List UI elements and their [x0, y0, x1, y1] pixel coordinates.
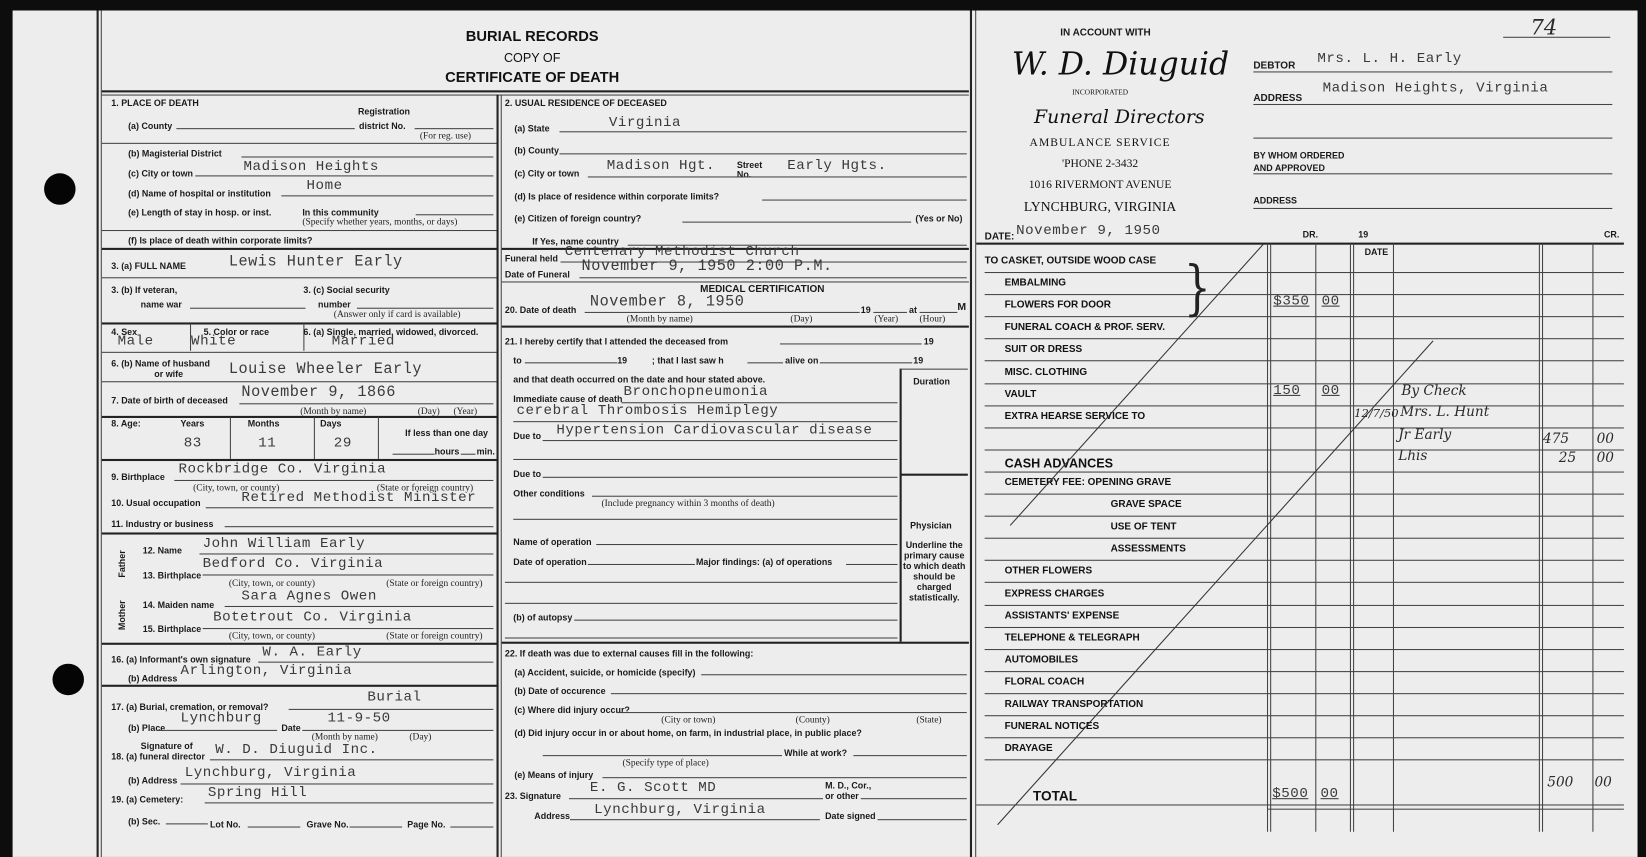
due-to-label: Due to	[513, 431, 541, 442]
debtor-address-value: Madison Heights, Virginia	[1323, 81, 1549, 97]
death-year-note: (Year)	[874, 313, 898, 324]
immediate-cause-value: Bronchopneumonia	[624, 384, 768, 400]
birthplace-label: 9. Birthplace	[111, 472, 165, 483]
ledger-item-label: CEMETERY FEE: OPENING GRAVE	[1005, 477, 1172, 489]
director-value: W. D. Diuguid Inc.	[215, 742, 378, 758]
ordered-address-label: ADDRESS	[1253, 195, 1297, 206]
ledger-item-label: ASSISTANTS' EXPENSE	[1005, 610, 1120, 622]
father-side-label: Father	[117, 550, 127, 577]
birthplace-value: Rockbridge Co. Virginia	[178, 462, 386, 478]
death-city-value: Madison Heights	[244, 160, 379, 176]
mother-state-note: (State or foreign country)	[386, 630, 482, 641]
sex-value: Male	[118, 334, 154, 350]
dob-year-note: (Year)	[453, 405, 477, 416]
informant-value: W. A. Early	[262, 645, 361, 661]
funeral-held-label: Funeral held	[505, 253, 558, 264]
mother-name-value: Sara Agnes Owen	[241, 589, 376, 605]
father-name-label: 12. Name	[143, 545, 182, 556]
hospital-label: (d) Name of hospital or institution	[128, 188, 271, 199]
state-label: (a) State	[514, 123, 549, 134]
page-label: Page No.	[407, 819, 445, 830]
immediate-cause-value-2: cerebral Thrombosis Hemiplegy	[516, 403, 778, 419]
injury-place-label: (d) Did injury occur in or about home, o…	[514, 728, 862, 739]
director-address-label: (b) Address	[128, 775, 177, 786]
ledger-item-label: EXTRA HEARSE SERVICE TO	[1005, 410, 1146, 422]
total-cents: 00	[1321, 787, 1339, 803]
ledger-item-cents: 00	[1322, 294, 1340, 310]
informant-address-value: Arlington, Virginia	[181, 664, 353, 680]
to-label: to	[513, 355, 521, 366]
ledger-item-label: MISC. CLOTHING	[1005, 366, 1088, 378]
min-label: min.	[477, 446, 495, 457]
injury-state-note: (State)	[916, 714, 941, 725]
cemetery-label: 19. (a) Cemetery:	[111, 794, 183, 805]
father-city-note: (City, town, or county)	[229, 578, 315, 589]
hours-label: hours	[435, 446, 460, 457]
binder-hole-bottom	[52, 664, 83, 696]
credit-total: 500	[1547, 775, 1573, 791]
hospital-value: Home	[307, 179, 343, 195]
ledger-item-label: TELEPHONE & TELEGRAPH	[1005, 632, 1140, 644]
incorporated-label: INCORPORATED	[974, 88, 1226, 96]
credit-date-2: 12/7/50	[1354, 406, 1399, 420]
cr-label: CR.	[1604, 229, 1619, 240]
mother-city-note: (City, town, or county)	[229, 630, 315, 641]
months-label: Months	[248, 418, 280, 429]
burial-place-value: Lynchburg	[181, 711, 262, 727]
res-county-label: (b) County	[514, 145, 559, 156]
approved-label: AND APPROVED	[1253, 163, 1325, 174]
death-at-label: at	[909, 305, 917, 316]
burial-value: Burial	[367, 690, 421, 706]
grave-label: Grave No.	[307, 819, 349, 830]
certify-year-prefix: 19	[924, 336, 934, 347]
stay-label: (e) Length of stay in hosp. or inst.	[128, 207, 271, 218]
mother-side-label: Mother	[117, 600, 127, 630]
md-label-1: M. D., Cor.,	[825, 780, 871, 791]
ledger-item-cents: 00	[1322, 383, 1340, 399]
place-of-death-header: 1. PLACE OF DEATH	[111, 98, 199, 109]
operation-date-label: Date of operation	[513, 557, 586, 568]
duration-label: Duration	[913, 376, 950, 387]
age-days-value: 29	[334, 436, 352, 452]
ledger-item-label: FLORAL COACH	[1005, 676, 1085, 688]
phone-label: 'PHONE 2-3432	[974, 158, 1226, 171]
credit-cents-3: 00	[1597, 432, 1614, 448]
autopsy-label: (b) of autopsy	[513, 612, 572, 623]
residence-state-value: Virginia	[609, 116, 681, 132]
company-logo: W. D. Diuguid	[1012, 46, 1229, 83]
means-label: (e) Means of injury	[514, 770, 593, 781]
ssn-label: 3. (c) Social security	[303, 285, 389, 296]
ssn-note: (Answer only if card is available)	[334, 309, 461, 320]
brace-icon: }	[1184, 255, 1211, 323]
physician-note: Underline the primary cause to which dea…	[903, 540, 966, 603]
occurrence-label: (b) Date of occurence	[514, 686, 605, 697]
burial-record-scan: BURIAL RECORDS COPY OF CERTIFICATE OF DE…	[0, 0, 1646, 857]
corporate-label: (f) Is place of death within corporate l…	[128, 235, 312, 246]
occupation-label: 10. Usual occupation	[111, 498, 200, 509]
place-type-note: (Specify type of place)	[622, 757, 708, 768]
to-year-prefix: 19	[617, 355, 627, 366]
death-month-note: (Month by name)	[627, 313, 693, 324]
ledger-item-label: USE OF TENT	[1111, 521, 1177, 533]
ambulance-service-label: AMBULANCE SERVICE	[974, 137, 1226, 150]
credit-amount-4: 25	[1559, 451, 1576, 467]
signature-label: 23. Signature	[505, 791, 561, 802]
death-year-prefix: 19	[861, 305, 871, 316]
total-label: TOTAL	[1033, 788, 1077, 804]
debtor-label: DEBTOR	[1253, 60, 1295, 72]
while-at-work-label: While at work?	[784, 748, 847, 759]
dob-day-note: (Day)	[418, 405, 440, 416]
magisterial-label: (b) Magisterial District	[128, 148, 222, 159]
mother-birthplace-value: Botetrout Co. Virginia	[213, 610, 412, 626]
cert-title-1: BURIAL RECORDS	[375, 27, 690, 44]
ledger-item-label: AUTOMOBILES	[1005, 654, 1079, 666]
burial-date-label: Date	[281, 723, 300, 734]
occupation-value: Retired Methodist Minister	[241, 490, 476, 506]
md-label-2: or other	[825, 791, 859, 802]
ledger-item-label: FUNERAL COACH & PROF. SERV.	[1005, 322, 1166, 334]
injury-where-label: (c) Where did injury occur?	[514, 705, 630, 716]
citizen-label: (e) Citizen of foreign country?	[514, 213, 641, 224]
death-date-label: 20. Date of death	[505, 305, 576, 316]
residence-street-value: Early Hgts.	[787, 159, 886, 175]
injury-city-note: (City or town)	[661, 714, 715, 725]
sec-label: (b) Sec.	[128, 816, 160, 827]
cert-title-2: COPY OF	[375, 50, 690, 65]
age-years-value: 83	[184, 436, 202, 452]
dob-value: November 9, 1866	[241, 384, 396, 401]
father-state-note: (State or foreign country)	[386, 578, 482, 589]
operation-label: Name of operation	[513, 537, 591, 548]
credit-desc-4: Lhis	[1398, 448, 1427, 464]
account-date-value: November 9, 1950	[1016, 224, 1160, 240]
physician-label: Physician	[910, 520, 952, 531]
res-corporate-label: (d) Is place of residence within corpora…	[514, 191, 719, 202]
marital-value: Married	[332, 334, 395, 350]
injury-county-note: (County)	[796, 714, 830, 725]
years-label: Years	[181, 418, 205, 429]
due-to-2-label: Due to	[513, 468, 541, 479]
days-label: Days	[320, 418, 341, 429]
father-birthplace-value: Bedford Co. Virginia	[203, 557, 384, 573]
ledger-item-dollars: $350	[1273, 294, 1309, 310]
full-name-value: Lewis Hunter Early	[229, 254, 403, 271]
death-date-value: November 8, 1950	[590, 294, 745, 311]
county-label: (a) County	[128, 121, 172, 132]
ledger-item-label: VAULT	[1005, 388, 1037, 400]
director-label-1: Signature of	[141, 740, 193, 751]
age-months-value: 11	[258, 436, 276, 452]
burial-day-note: (Day)	[409, 731, 431, 742]
in-account-with-label: IN ACCOUNT WITH	[1060, 27, 1150, 39]
ledger-item-label: DRAYAGE	[1005, 743, 1053, 755]
death-day-note: (Day)	[790, 313, 812, 324]
physician-address-value: Lynchburg, Virginia	[594, 802, 766, 818]
burial-date-value: 11-9-50	[328, 711, 391, 727]
binder-hole-top	[44, 173, 75, 205]
major-findings-label: Major findings: (a) of operations	[696, 557, 832, 568]
spouse-label: 6. (b) Name of husband	[111, 358, 210, 369]
ledger-item-label: FLOWERS FOR DOOR	[1005, 300, 1111, 312]
spouse-label-2: or wife	[154, 369, 183, 380]
account-date-label: DATE:	[985, 231, 1015, 243]
veteran-label: 3. (b) If veteran,	[111, 285, 177, 296]
credit-desc-2: Mrs. L. Hunt	[1400, 404, 1489, 420]
ledger-item-label: RAILWAY TRANSPORTATION	[1005, 698, 1144, 710]
dr-label: DR.	[1303, 229, 1318, 240]
ledger-item-dollars: 150	[1273, 383, 1300, 399]
ledger-item-label: SUIT OR DRESS	[1005, 344, 1083, 356]
reg-use-note: (For reg. use)	[420, 130, 471, 141]
date-column-label: DATE	[1365, 247, 1389, 258]
credit-desc-3: Jr Early	[1398, 427, 1451, 443]
father-name-value: John William Early	[203, 537, 366, 553]
credit-total-cents: 00	[1594, 775, 1611, 791]
physician-address-label: Address	[534, 811, 570, 822]
registration-label: Registration	[358, 106, 410, 117]
ledger-item-label: EXPRESS CHARGES	[1005, 588, 1105, 600]
total-dollars: $500	[1272, 787, 1308, 803]
dob-label: 7. Date of birth of deceased	[111, 395, 228, 406]
stay-note: (Specify whether years, months, or days)	[302, 216, 457, 227]
alive-year-prefix: 19	[913, 355, 923, 366]
occurred-label: and that death occurred on the date and …	[513, 374, 765, 385]
ledger-item-label: OTHER FLOWERS	[1005, 565, 1093, 577]
credit-desc-1: By Check	[1401, 383, 1466, 399]
ledger-item-label: GRAVE SPACE	[1111, 499, 1182, 511]
accident-label: (a) Accident, suicide, or homicide (spec…	[514, 667, 695, 678]
debtor-value: Mrs. L. H. Early	[1317, 51, 1461, 67]
name-war-label: name war	[141, 299, 182, 310]
full-name-label: 3. (a) FULL NAME	[111, 260, 186, 271]
residence-header: 2. USUAL RESIDENCE OF DECEASED	[505, 98, 667, 109]
race-value: White	[191, 334, 236, 350]
meridian-label: M	[957, 301, 966, 313]
due-to-value: Hypertension Cardiovascular disease	[556, 423, 872, 439]
credit-amount-3: 475	[1543, 432, 1569, 448]
informant-address-label: (b) Address	[128, 673, 177, 684]
date-signed-label: Date signed	[825, 811, 876, 822]
ledger-item-label: ASSESSMENTS	[1111, 543, 1186, 555]
alive-on-label: alive on	[785, 355, 818, 366]
signature-value: E. G. Scott MD	[590, 780, 716, 796]
cemetery-value: Spring Hill	[208, 786, 307, 802]
less-than-day-label: If less than one day	[405, 427, 488, 438]
mother-name-label: 14. Maiden name	[143, 600, 214, 611]
ledger-item-label: TO CASKET, OUTSIDE WOOD CASE	[985, 255, 1157, 267]
lot-label: Lot No.	[210, 819, 241, 830]
yes-no-label: (Yes or No)	[915, 213, 962, 224]
dob-month-note: (Month by name)	[300, 405, 366, 416]
city-label: LYNCHBURG, VIRGINIA	[974, 198, 1226, 215]
spouse-value: Louise Wheeler Early	[229, 361, 422, 378]
external-causes-header: 22. If death was due to external causes …	[505, 648, 753, 659]
street-label: 1016 RIVERMONT AVENUE	[974, 179, 1226, 192]
ledger-item-label: EMBALMING	[1005, 277, 1066, 289]
city-label: (c) City or town	[128, 168, 193, 179]
district-no-label: district No.	[359, 121, 406, 132]
funeral-directors-tagline: Funeral Directors	[1034, 106, 1205, 128]
father-birthplace-label: 13. Birthplace	[143, 570, 202, 581]
burial-place-label: (b) Place	[128, 723, 165, 734]
death-hour-note: (Hour)	[920, 313, 946, 324]
credit-cents-4: 00	[1597, 451, 1614, 467]
director-address-value: Lynchburg, Virginia	[185, 766, 357, 782]
director-label-2: 18. (a) funeral director	[111, 751, 205, 762]
age-label: 8. Age:	[111, 418, 140, 429]
cert-title-3: CERTIFICATE OF DEATH	[375, 68, 690, 85]
other-conditions-label: Other conditions	[513, 488, 584, 499]
ledger-item-label: CASH ADVANCES	[1005, 456, 1113, 471]
debtor-address-label: ADDRESS	[1253, 92, 1302, 104]
residence-city-value: Madison Hgt.	[607, 159, 715, 175]
year-prefix-label: 19	[1358, 229, 1368, 240]
funeral-date-label: Date of Funeral	[505, 269, 570, 280]
mother-birthplace-label: 15. Birthplace	[143, 624, 202, 635]
industry-label: 11. Industry or business	[111, 519, 213, 530]
certify-label: 21. I hereby certify that I attended the…	[505, 336, 728, 347]
burial-month-note: (Month by name)	[312, 731, 378, 742]
funeral-date-value: November 9, 1950 2:00 P.M.	[582, 258, 833, 275]
street-no-label: No.	[737, 169, 751, 180]
pregnancy-note: (Include pregnancy within 3 months of de…	[601, 498, 774, 509]
last-saw-label: ; that I last saw h	[652, 355, 724, 366]
res-city-label: (c) City or town	[514, 168, 579, 179]
ordered-by-label: BY WHOM ORDERED	[1253, 150, 1344, 161]
